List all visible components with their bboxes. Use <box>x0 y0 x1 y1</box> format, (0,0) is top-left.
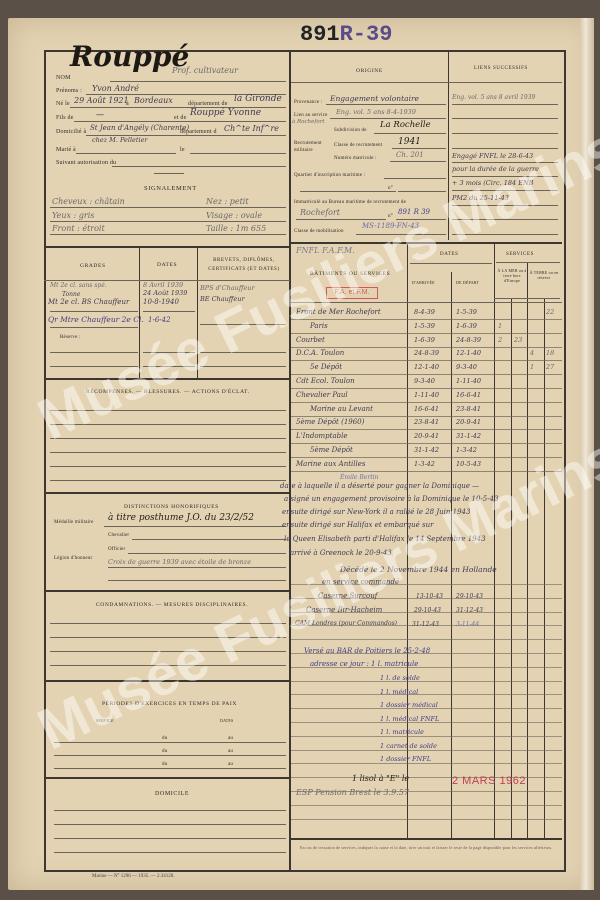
periodes-au-1: au <box>228 736 233 741</box>
grade-date-4: 1-6-42 <box>148 316 171 324</box>
document-item: 1 carnet de solde <box>380 742 437 750</box>
marie-line <box>76 153 176 154</box>
classe-recrutement-line <box>392 148 446 149</box>
mer-header: À LA MER ou à terre hors d'Europe <box>497 268 527 283</box>
grades-col-divider-1 <box>139 248 140 378</box>
bureau-line <box>296 219 386 220</box>
signalement-line-3 <box>50 234 286 235</box>
service-row-depart: 1-5-39 <box>456 308 477 316</box>
signalement-bottom-rule <box>44 246 290 248</box>
provenance-line <box>326 104 446 105</box>
form-number: Marine — N° 1296 — 1935. — 2.34128. <box>92 874 175 879</box>
numero-matricule-label: Numéro matricule : <box>334 156 377 161</box>
services-col-terre-j <box>544 298 545 838</box>
document-item: 1 l. médical FNFL <box>380 715 439 723</box>
distinctions-line-5 <box>108 580 286 581</box>
liens-rule-5 <box>452 162 558 163</box>
service-blank-rule <box>291 736 562 737</box>
narrative-line-2: a signé un engagement provisoire à la Do… <box>284 495 499 503</box>
document-item: 1 l. médical <box>380 688 418 696</box>
service-row-lieu: Cdt Ecol. Toulon <box>296 377 355 385</box>
le-label: le <box>180 147 185 153</box>
distinctions-bottom-rule <box>44 590 290 592</box>
liens-line-5: PM2 du 25-11-43 <box>452 194 509 202</box>
medaille-line <box>104 526 286 527</box>
service-row-lieu: 5ème Dépôt <box>310 446 353 454</box>
service-row-rule <box>291 443 562 444</box>
grades-col-divider-2 <box>197 248 198 378</box>
service-row-lieu: Marine aux Antilles <box>296 460 365 468</box>
service-row-lieu: 5e Dépôt <box>310 363 342 371</box>
prenoms-value: Yvon André <box>92 84 139 93</box>
service-row-arrivee: 1-3-42 <box>414 460 435 468</box>
domicile-departement-value: Ch^te Inf^re <box>224 124 279 133</box>
service-blank-rule <box>291 639 562 640</box>
service-row-rule <box>291 388 562 389</box>
caserne-surcouf: Caserne Surcouf <box>318 592 377 600</box>
numero-matricule-value: Ch. 201 <box>396 151 424 159</box>
service-row-rule <box>291 374 562 375</box>
narrative-line-4: ensuite dirigé sur Halifax et embarqué s… <box>282 521 433 529</box>
visage-value: Visage : ovale <box>206 211 262 220</box>
fa-fm-stamp: F.A. et F.M. <box>326 287 378 299</box>
liens-rule-10 <box>452 234 558 235</box>
nom-line <box>110 81 286 82</box>
lien-service-line <box>330 118 446 119</box>
service-row-depart: 16-6-41 <box>456 391 481 399</box>
immatricule-label: Immatriculé au Bureau maritime de recrut… <box>294 200 406 205</box>
caserne-surcouf-depart: 29-10-43 <box>456 593 483 600</box>
short-rule <box>154 173 184 174</box>
service-row-depart: 10-5-43 <box>456 460 481 468</box>
dates-header: DATES <box>157 262 177 268</box>
service-row-terre-m: 1 <box>530 363 534 371</box>
marie-label: Marié à <box>56 147 76 153</box>
lien-service-value: Eng. vol. 5 ans 8-4-1939 <box>336 108 416 116</box>
bir-hacheim-depart: 31-12-43 <box>456 607 483 614</box>
provenance-label: Provenance : <box>294 100 322 105</box>
service-blank-rule <box>291 694 562 695</box>
liens-rule-3 <box>452 133 558 134</box>
chevalier-line <box>132 539 286 540</box>
distinctions-title: DISTINCTIONS HONORIFIQUES <box>124 504 219 510</box>
origine-title: ORIGINE <box>356 68 383 74</box>
periodes-line-3 <box>54 768 286 769</box>
grade-date-2: 24 Août 1939 <box>143 289 187 297</box>
nom-label: NOM <box>56 75 71 81</box>
brevet-1: BPS d'Chauffeur <box>200 284 255 292</box>
service-row-arrivee: 1-5-39 <box>414 322 435 330</box>
domicile-title: DOMICILE <box>155 791 189 797</box>
caserne-surcouf-arrivee: 13-10-43 <box>416 593 443 600</box>
signalement-line-2 <box>50 221 286 222</box>
grades-row-rule <box>50 311 138 312</box>
service-row-lieu: 5ème Dépôt (1960) <box>296 418 364 426</box>
services-header-rule <box>496 262 560 263</box>
bureau-n-label: n° <box>388 214 393 219</box>
service-row-depart: 1-3-42 <box>456 446 477 454</box>
cam-londres-arrivee: 31-12-43 <box>412 621 439 628</box>
ship-annotation: Émile Bertin <box>340 474 378 481</box>
deces-line-2: en service commandé <box>322 578 399 586</box>
classe-recrutement-value: 1941 <box>398 137 421 147</box>
recompenses-line-4 <box>50 452 286 453</box>
document-item: 1 l. de solde <box>380 674 420 682</box>
service-row-depart: 23-8-41 <box>456 405 481 413</box>
service-row-lieu: Marine au Levant <box>310 405 373 413</box>
periodes-line-2 <box>54 755 286 756</box>
service-blank-rule <box>291 763 562 764</box>
periodes-au-3: au <box>228 762 233 767</box>
subdivision-label: Subdivision de <box>334 128 367 133</box>
condamnations-line-2 <box>50 637 286 638</box>
service-blank-rule <box>291 750 562 751</box>
parents-line <box>74 121 286 122</box>
liens-line-4: + 3 mois (Circ. 184 ENB <box>452 179 533 187</box>
bureau-n-line <box>396 219 446 220</box>
origine-liens-divider <box>448 50 449 240</box>
service-row-lieu: Chevalier Paul <box>296 391 348 399</box>
service-row-rule <box>291 347 562 348</box>
verse-bar-line: Versé au BAR de Poitiers le 25-2-48 <box>304 647 430 655</box>
mj-rule <box>494 298 560 299</box>
grade-row-1: Mt 2e cl. sans spé. <box>50 282 107 289</box>
recrutement-label: Recrutement militaire <box>294 140 324 154</box>
subdivision-value: La Rochelle <box>380 120 431 130</box>
croix-de-guerre-value: Croix de guerre 1939 avec étoile de bron… <box>108 558 251 566</box>
service-row-depart: 20-9-41 <box>456 418 481 426</box>
birth-place-value: Bordeaux <box>134 96 173 105</box>
fils-de-label: Fils de <box>56 115 74 121</box>
service-row-rule <box>291 416 562 417</box>
reserve-label: Réserve : <box>60 335 81 340</box>
terre-header: À TERRE ou en réserve <box>529 270 559 280</box>
footer-instruction: En cas de cessation de services, indique… <box>300 845 556 851</box>
nez-value: Nez : petit <box>206 197 249 206</box>
service-row-rule <box>291 319 562 320</box>
suivant-label: Suivant autorisation du <box>56 160 116 166</box>
service-row-rule <box>291 360 562 361</box>
liens-rule-8 <box>452 205 558 206</box>
croix-line <box>108 567 286 568</box>
domicile-line-1 <box>54 810 286 811</box>
prenoms-label: Prénoms : <box>56 88 82 94</box>
narrative-line-3: ensuite dirigé sur New-York il a rallié … <box>282 508 470 516</box>
service-row-rule <box>291 429 562 430</box>
periodes-du-2: du <box>162 749 167 754</box>
service-row-lieu: D.C.A. Toulon <box>296 349 344 357</box>
recompenses-bottom-rule <box>44 492 290 494</box>
service-row-arrivee: 20-9-41 <box>414 432 439 440</box>
condamnations-line-3 <box>50 651 286 652</box>
front-value: Front : étroit <box>52 224 105 233</box>
document-item: 1 l. matricule <box>380 728 424 736</box>
quartier-n-label: n° <box>388 186 393 191</box>
medaille-value: à titre posthume J.O. du 23/2/52 <box>108 513 254 523</box>
service-row-depart: 9-3-40 <box>456 363 477 371</box>
service-row-terre-j: 27 <box>546 363 554 371</box>
father-value: — <box>96 110 104 119</box>
service-row-lieu: Front de Mer Rochefort <box>296 308 381 316</box>
domicile-line-4 <box>54 852 286 853</box>
service-row-lieu: Courbet <box>296 336 325 344</box>
taille-value: Taille : 1m 655 <box>206 224 266 233</box>
service-blank-rule <box>291 819 562 820</box>
domicile-value: St Jean d'Angély (Charente) <box>90 124 189 132</box>
brevets-rule-3 <box>200 352 286 353</box>
service-row-rule <box>291 457 562 458</box>
service-row-arrivee: 16-6-41 <box>414 405 439 413</box>
domicile-line-2 <box>54 824 286 825</box>
service-row-terre-j: 22 <box>546 308 554 316</box>
periodes-au-2: au <box>228 749 233 754</box>
caserne-bir-hacheim: Caserne Bir-Hacheim <box>306 606 382 614</box>
liens-rule-9 <box>452 219 558 220</box>
domicilie-label: Domicilié à <box>56 129 86 135</box>
liens-line-2: Engagé FNFL le 28-6-43 <box>452 152 533 160</box>
narrative-line-6: arrivé à Greenock le 20-9-43 <box>290 549 392 557</box>
liens-line-3: pour la durée de la guerre <box>452 165 539 173</box>
classe-recrutement-label: Classe de recrutement <box>334 143 382 148</box>
profession-value: Prof. cultivateur <box>172 66 238 75</box>
recompenses-line-1 <box>50 410 286 411</box>
liens-title: LIENS SUCCESSIFS <box>474 66 528 71</box>
periodes-du-1: du <box>162 736 167 741</box>
mother-value: Rouppé Yvonne <box>190 108 261 118</box>
grade-row-4: Qr Mtre Chauffeur 2e Cl. <box>48 315 144 324</box>
service-row-mer-m: 2 <box>498 336 502 344</box>
grades-date-rule-4 <box>143 366 195 367</box>
service-row-arrivee: 23-8-41 <box>414 418 439 426</box>
services-col-terre <box>527 262 528 838</box>
domicile-line-3 <box>54 838 286 839</box>
services-header-bottom <box>291 302 562 303</box>
brevet-2: BE Chauffeur <box>200 295 245 303</box>
liens-rule-1 <box>452 104 558 105</box>
periodes-bottom-rule <box>44 777 290 779</box>
le-line <box>190 153 286 154</box>
service-row-terre-j: 18 <box>546 349 554 357</box>
column-divider <box>289 50 291 870</box>
cam-londres-depart: 3-11-44 <box>456 621 479 628</box>
document-item: 1 dossier FNFL <box>380 755 431 763</box>
final-note: 1 lisol à "E" le <box>352 774 409 783</box>
service-blank-rule <box>291 681 562 682</box>
services-header: SERVICES <box>506 252 534 257</box>
suivant-line <box>112 166 286 167</box>
bureau-value: Rochefort <box>300 208 340 217</box>
service-row-terre-m: 4 <box>530 349 534 357</box>
service-row-mer-m: 1 <box>498 322 502 330</box>
grade-date-3: 10-8-1940 <box>143 298 179 306</box>
periodes-title: PÉRIODES D'EXERCICES EN TEMPS DE PAIX <box>102 701 237 707</box>
service-row-depart: 24-8-39 <box>456 336 481 344</box>
officier-line <box>128 553 286 554</box>
grades-rule-4 <box>50 366 138 367</box>
liens-line-1: Eng. vol. 5 ans 8 avril 1939 <box>452 94 535 101</box>
dates-header-rule <box>410 263 492 264</box>
narrative-line-5: le Queen Elisabeth parti d'Halifax le 14… <box>284 535 486 543</box>
condamnations-bottom-rule <box>44 680 290 682</box>
brevets-header: BREVETS, DIPLÔMES, CERTIFICATS (ET DATES… <box>200 256 288 274</box>
liens-rule-6 <box>452 176 558 177</box>
origine-bottom-rule <box>291 242 562 244</box>
liens-rule-7 <box>452 190 558 191</box>
numero-matricule-line <box>390 161 446 162</box>
date-stamp: 2 MARS 1962 <box>452 775 526 787</box>
depart-header: DE DÉPART <box>456 280 479 285</box>
service-row-arrivee: 24-8-39 <box>414 349 439 357</box>
condamnations-title: CONDAMNATIONS. — MESURES DISCIPLINAIRES. <box>96 602 248 608</box>
domicile-line2-value: chez M. Pelletier <box>92 136 148 144</box>
cheveux-value: Cheveux : châtain <box>52 197 125 206</box>
service-row-rule <box>291 471 562 472</box>
grades-header: GRADES <box>80 263 106 269</box>
services-col-depart <box>451 272 452 838</box>
grades-date-rule <box>143 311 195 312</box>
batiments-header: BÂTIMENTS OU SERVICES <box>310 271 390 277</box>
recompenses-line-3 <box>50 438 286 439</box>
grade-row-2: Tonne <box>62 291 80 298</box>
grades-date-rule-3 <box>143 352 195 353</box>
periodes-service-label: SERVICE <box>96 718 114 723</box>
narrative-line-1: date à laquelle il a déserté pour gagner… <box>280 482 479 490</box>
service-row-arrivee: 12-1-40 <box>414 363 439 371</box>
recompenses-line-6 <box>50 480 286 481</box>
esp-pension-line: ESP Pension Brest le 3.9.57 <box>296 788 409 797</box>
grades-bottom-rule <box>44 378 290 380</box>
officier-label: Officier <box>108 547 125 552</box>
birth-departement-value: la Gironde <box>234 94 282 104</box>
lien-service-label: Lien au service <box>294 113 328 118</box>
service-row-depart: 12-1-40 <box>456 349 481 357</box>
cam-londres: CAM Londres (pour Commandos) <box>295 620 397 627</box>
classe-mobilisation-label: Classe de mobilisation <box>294 229 344 234</box>
bureau-n-value: 891 R 39 <box>398 208 430 216</box>
quartier-label: Quartier d'inscription maritime : <box>294 173 365 178</box>
grade-date-1: 8 Avril 1939 <box>143 281 183 289</box>
lien-service-lieu: à Rochefort <box>292 119 325 125</box>
yeux-value: Yeux : gris <box>52 211 94 220</box>
birth-date-value: 29 Août 1921 <box>74 96 129 105</box>
periodes-du-3: du <box>162 762 167 767</box>
quartier-n-line <box>398 191 446 192</box>
grades-rule-2 <box>50 327 138 328</box>
service-row-depart: 1-6-39 <box>456 322 477 330</box>
service-row-depart: 31-1-42 <box>456 432 481 440</box>
subdivision-line <box>374 133 446 134</box>
service-row-arrivee: 9-3-40 <box>414 377 435 385</box>
provenance-value: Engagement volontaire <box>330 94 419 103</box>
document-item: 1 dossier médical <box>380 701 438 709</box>
recompenses-title: RÉCOMPENSES. — BLESSURES. — ACTIONS D'ÉC… <box>86 389 250 395</box>
service-row-lieu: Paris <box>310 322 328 330</box>
service-blank-rule <box>291 805 562 806</box>
legion-label: Légion d'honneur <box>54 556 92 561</box>
cote-number: 891R-39 <box>300 22 392 47</box>
adresse-line: adresse ce jour : 1 l. matricule <box>310 660 418 668</box>
services-bottom-rule <box>291 838 562 840</box>
signalement-line-1 <box>50 207 286 208</box>
service-row-rule <box>291 402 562 403</box>
page-edge <box>580 18 594 890</box>
service-row-arrivee: 31-1-42 <box>414 446 439 454</box>
quartier-line-2 <box>300 191 396 192</box>
periodes-line-1 <box>54 742 286 743</box>
grades-rule-3 <box>50 352 138 353</box>
quartier-line <box>384 178 446 179</box>
classe-mobilisation-value: MS-1189-FN-43 <box>362 222 419 230</box>
recompenses-line-2 <box>50 424 286 425</box>
condamnations-line-4 <box>50 665 286 666</box>
services-dates-header: DATES <box>440 252 459 257</box>
service-row-rule <box>291 333 562 334</box>
service-row-arrivee: 8-4-39 <box>414 308 435 316</box>
classe-mobilisation-line <box>356 234 446 235</box>
deces-line: Décédé le 2 Novembre 1944 en Hollande <box>340 565 497 574</box>
recompenses-line-5 <box>50 466 286 467</box>
liens-rule-2 <box>452 118 558 119</box>
liens-rule-4 <box>452 148 558 149</box>
chevalier-label: Chevalier <box>108 533 129 538</box>
service-row-arrivee: 1-11-40 <box>414 391 439 399</box>
service-row-lieu: L'Indomptable <box>296 432 348 440</box>
services-col-mer-j <box>511 298 512 838</box>
brevets-rule-4 <box>200 366 286 367</box>
brevets-rule-1 <box>200 324 286 325</box>
condamnations-line-1 <box>50 623 286 624</box>
signalement-title: SIGNALEMENT <box>144 185 197 192</box>
fnfl-stamp: FNFL F.A.F.M. <box>296 246 355 255</box>
service-row-depart: 1-11-40 <box>456 377 481 385</box>
arrivee-header: D'ARRIVÉE <box>412 280 435 285</box>
origine-header-rule <box>291 82 562 83</box>
grade-row-3: Mt 2e cl. BS Chauffeur <box>48 298 129 306</box>
service-row-arrivee: 1-6-39 <box>414 336 435 344</box>
ne-le-label: Né le <box>56 101 70 107</box>
service-row-mer-j: 23 <box>514 336 522 344</box>
medaille-label: Médaille militaire <box>54 520 94 525</box>
bir-hacheim-arrivee: 29-10-43 <box>414 607 441 614</box>
periodes-dates-label: DATES <box>220 718 233 723</box>
